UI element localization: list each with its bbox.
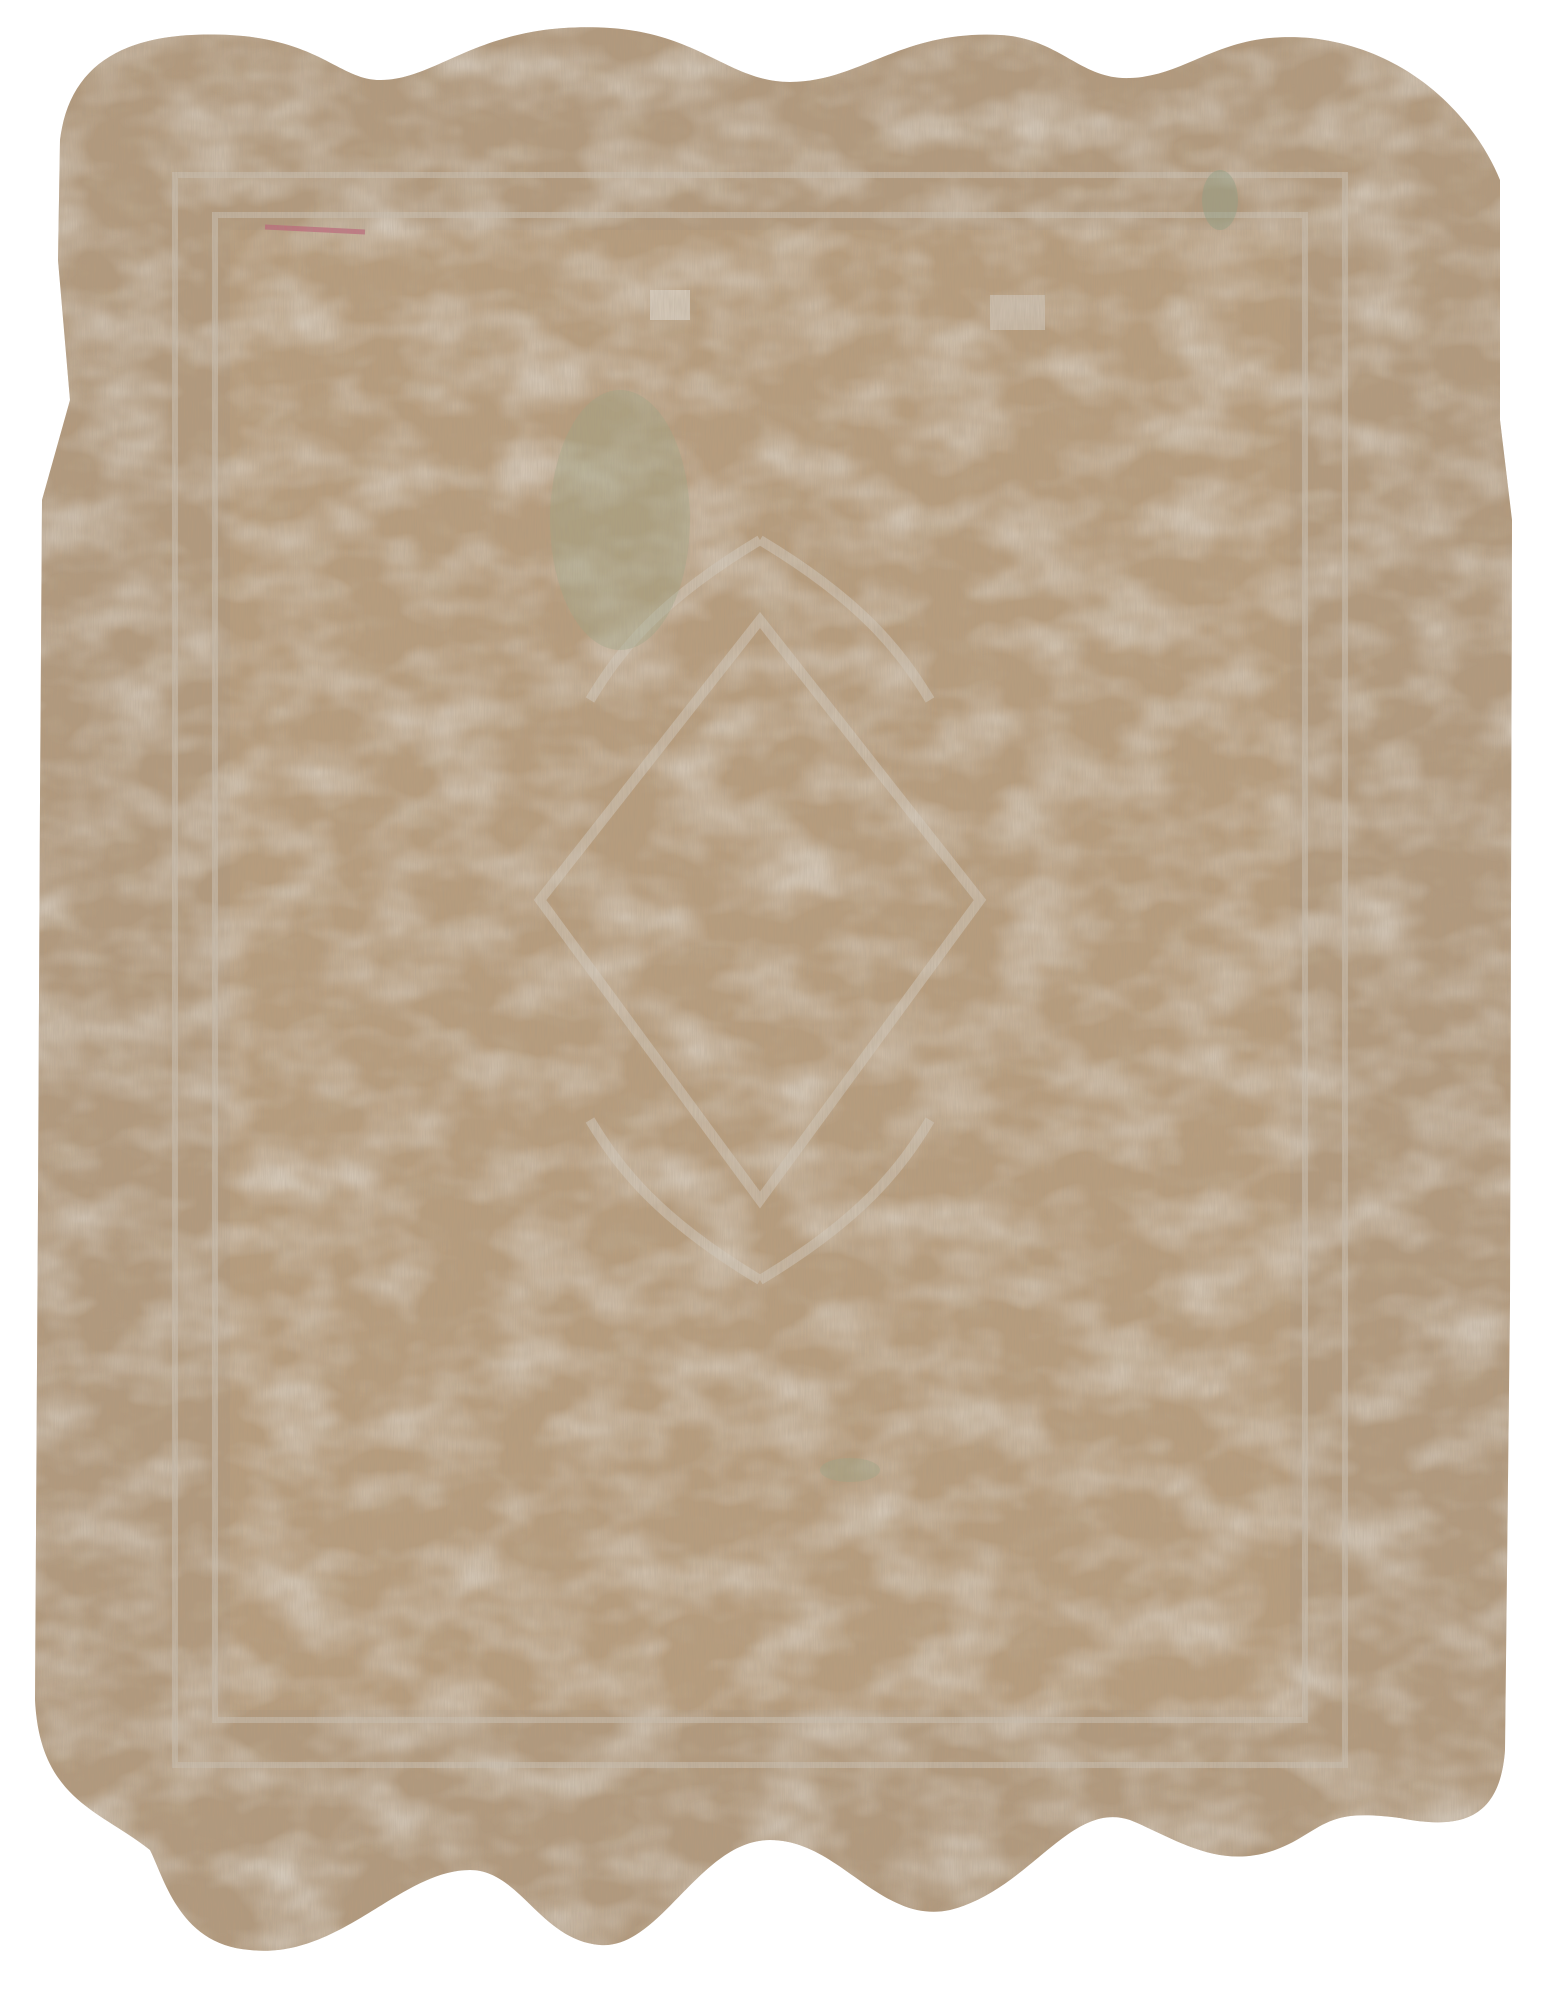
rug (0, 0, 1542, 2000)
product-photo: Vintage distressed rug with scalloped en… (0, 0, 1542, 2000)
rug-illustration (0, 0, 1542, 2000)
